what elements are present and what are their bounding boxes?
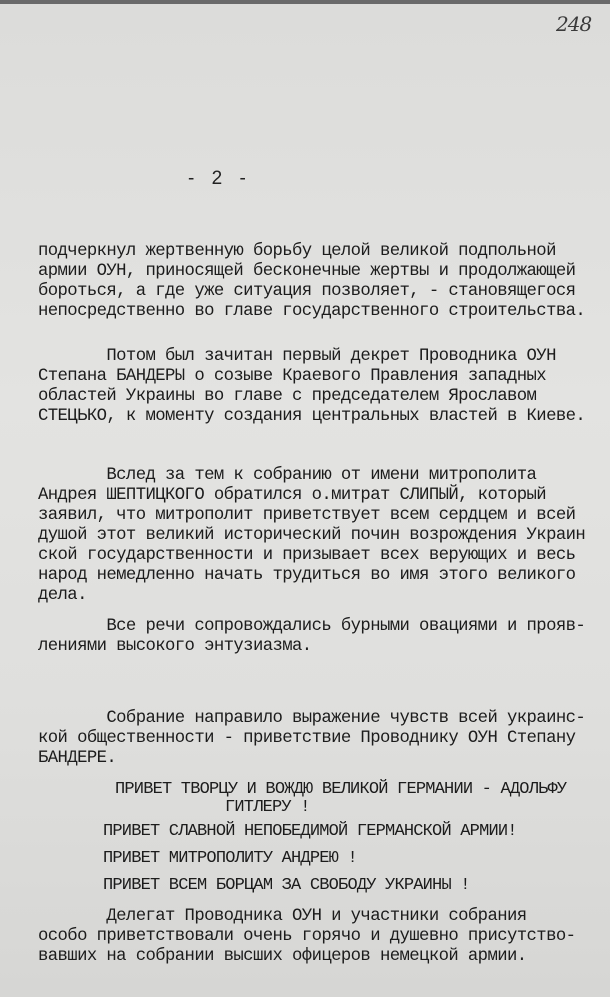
slogan-3: ПРИВЕТ МИТРОПОЛИТУ АНДРЕЮ ! — [103, 849, 357, 868]
document-page: 248 - 2 - подчеркнул жертвенную борьбу ц… — [0, 0, 610, 997]
slogan-2: ПРИВЕТ СЛАВНОЙ НЕПОБЕДИМОЙ ГЕРМАНСКОЙ АР… — [103, 822, 517, 841]
paragraph-closing: Делегат Проводника ОУН и участники собра… — [38, 907, 575, 967]
page-number: - 2 - — [188, 168, 246, 190]
paragraph-greeting: Собрание направило выражение чувств всей… — [38, 709, 585, 769]
slogan-1: ПРИВЕТ ТВОРЦУ И ВОЖДЮ ВЕЛИКОЙ ГЕРМАНИИ -… — [115, 780, 566, 799]
slogan-1-continued: ГИТЛЕРУ ! — [225, 798, 310, 817]
paragraph-ovations: Все речи сопровождались бурными овациями… — [38, 617, 585, 657]
archive-folio-number: 248 — [556, 12, 591, 36]
paragraph-metropolitan: Вслед за тем к собранию от имени митропо… — [38, 466, 585, 606]
slogan-4: ПРИВЕТ ВСЕМ БОРЦАМ ЗА СВОБОДУ УКРАИНЫ ! — [103, 876, 470, 895]
paragraph-1: подчеркнул жертвенную борьбу целой велик… — [38, 242, 585, 322]
paragraph-decree: Потом был зачитан первый декрет Проводни… — [38, 347, 585, 427]
